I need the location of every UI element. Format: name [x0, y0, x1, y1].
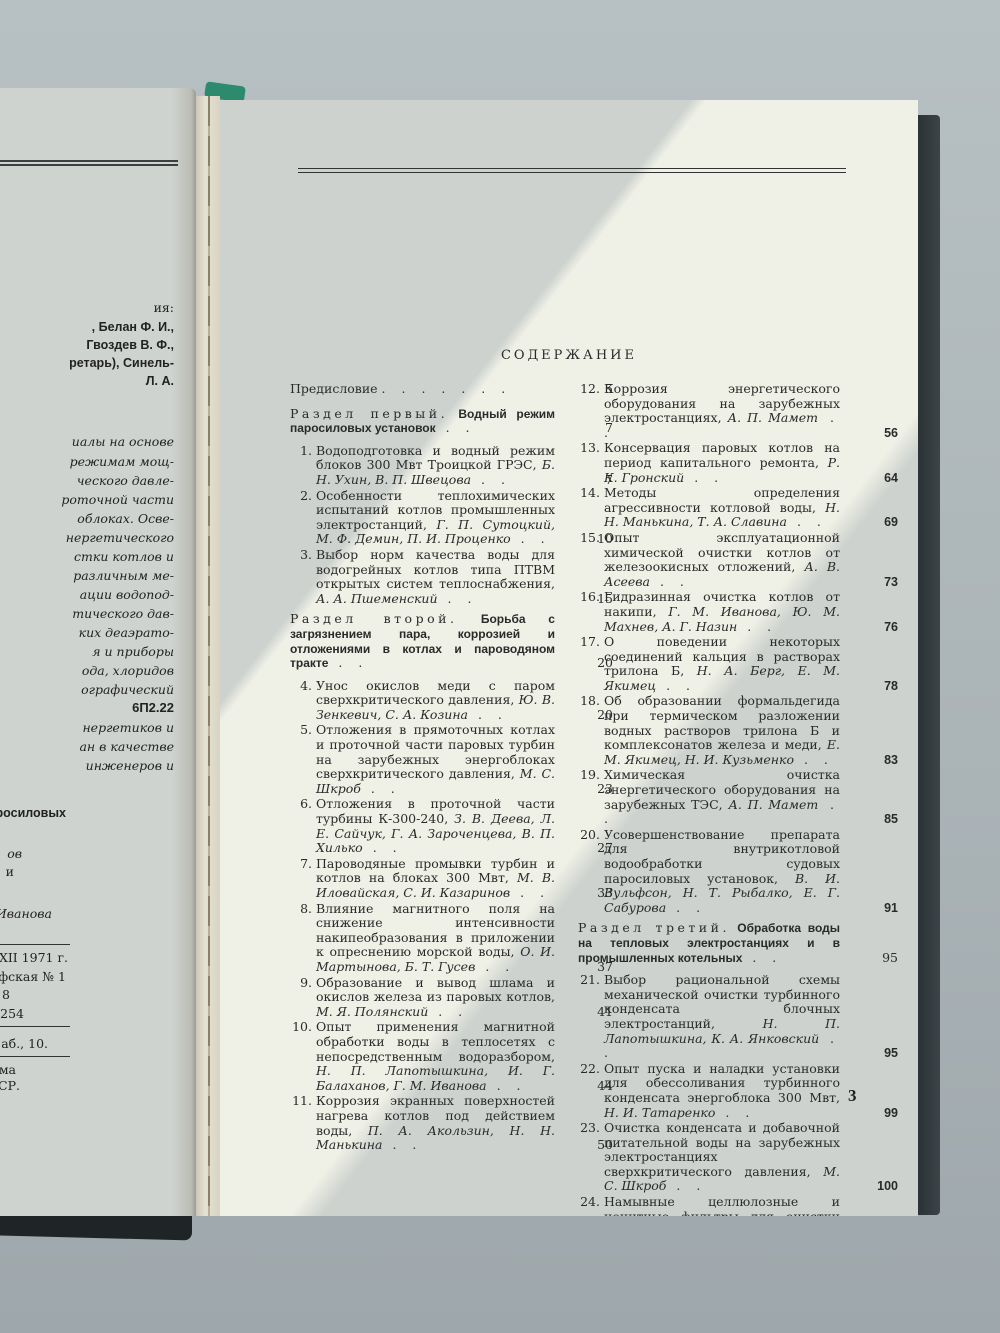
imprint-line: ов	[7, 846, 22, 861]
section-label: Раздел второй.	[290, 611, 457, 626]
page-number: 85	[864, 812, 898, 827]
toc-section[interactable]: Раздел третий. Обработка воды на тепловы…	[578, 921, 840, 965]
entry-authors: П. А. Акользин, Н. Н. Манькина	[316, 1123, 555, 1153]
entry-number: 20.	[578, 828, 600, 843]
toc-entry[interactable]: 6.Отложения в проточной части турбины К-…	[290, 797, 555, 855]
toc-entry[interactable]: 24.Намывные целлюлозные и ионитные фильт…	[578, 1195, 840, 1216]
page-number: 56	[864, 426, 898, 441]
page-number: 69	[864, 515, 898, 530]
entry-number: 14.	[578, 486, 600, 501]
left-page-line: инженеров и	[86, 758, 174, 773]
imprint-line: Иванова	[0, 906, 52, 921]
footer-line: ома	[0, 1062, 16, 1077]
toc-entry[interactable]: 7.Пароводяные промывки турбин и котлов н…	[290, 857, 555, 901]
entry-title: Намывные целлюлозные и ионитные фильтры …	[604, 1194, 840, 1216]
entry-number: 12.	[578, 382, 600, 397]
toc-section[interactable]: Раздел второй. Борьба с загрязнением пар…	[290, 612, 555, 670]
imprint-divider	[0, 1056, 70, 1057]
toc-entry[interactable]: 1.Водоподготовка и водный режим блоков 3…	[290, 444, 555, 488]
left-page-line: ия:	[154, 300, 174, 315]
page-number: 91	[864, 901, 898, 916]
left-page: ия:, Белан Ф. И.,Гвоздев В. Ф.,ретарь), …	[0, 88, 196, 1216]
entry-number: 19.	[578, 768, 600, 783]
toc-entry[interactable]: 12.Коррозия энергетического оборудования…	[578, 382, 840, 440]
entry-number: 1.	[290, 444, 312, 459]
left-page-line: ан в качестве	[79, 739, 174, 754]
imprint-title: аросиловых	[0, 806, 66, 821]
entry-number: 4.	[290, 679, 312, 694]
toc-section[interactable]: Раздел первый. Водный режим паросиловых …	[290, 407, 555, 436]
left-page-line: ческого давле-	[77, 473, 174, 488]
leader-dots: . .	[666, 1178, 706, 1193]
entry-number: 13.	[578, 441, 600, 456]
leader-dots: . .	[328, 655, 368, 670]
entry-number: 16.	[578, 590, 600, 605]
entry-number: 17.	[578, 635, 600, 650]
entry-number: 21.	[578, 973, 600, 988]
imprint-divider	[0, 944, 70, 945]
entry-title: Очистка конденсата и добавочной питатель…	[604, 1120, 840, 1179]
left-page-line: стки котлов и	[74, 549, 174, 564]
entry-authors: А. П. Мамет	[728, 410, 818, 425]
leader-dots: . .	[428, 1004, 468, 1019]
leader-dots: . .	[787, 514, 827, 529]
page-number: 76	[864, 620, 898, 635]
leader-dots: . .	[383, 1137, 423, 1152]
page-number: 78	[864, 679, 898, 694]
entry-number: 3.	[290, 548, 312, 563]
leader-dots: . . . . . . .	[382, 381, 512, 396]
leader-dots: . .	[742, 950, 782, 965]
entry-number: 24.	[578, 1195, 600, 1210]
toc-entry[interactable]: 11.Коррозия экранных поверхностей нагрев…	[290, 1094, 555, 1152]
leader-dots: . .	[487, 1078, 527, 1093]
leader-dots: . .	[666, 900, 706, 915]
book-cover-right-edge	[916, 115, 940, 1215]
entry-number: 9.	[290, 976, 312, 991]
left-page-line: нергетиков и	[82, 720, 174, 735]
leader-dots: . .	[363, 840, 403, 855]
section-label: Раздел третий.	[578, 920, 730, 935]
print-info: 8	[2, 987, 10, 1002]
left-page-line: я и приборы	[92, 644, 174, 659]
left-page-line: ких деаэрато-	[79, 625, 174, 640]
left-page-line: различным ме-	[73, 568, 174, 583]
entry-authors: М. Я. Полянский	[316, 1004, 428, 1019]
classification-code: 6П2.22	[132, 700, 174, 715]
page-number: 100	[864, 1179, 898, 1194]
leader-dots: . .	[650, 574, 690, 589]
page-number: 73	[864, 575, 898, 590]
left-page-line: ода, хлоридов	[82, 663, 174, 678]
leader-dots: . .	[361, 781, 401, 796]
print-info: XII 1971 г.	[0, 950, 68, 965]
left-page-line: режимам мощ-	[70, 454, 174, 469]
leader-dots: . .	[737, 619, 777, 634]
toc-entry[interactable]: 9.Образование и вывод шлама и окислов же…	[290, 976, 555, 1020]
page-folio: 3	[848, 1086, 857, 1106]
book-spine	[196, 96, 220, 1216]
entry-authors: А. А. Пшеменский	[316, 591, 438, 606]
toc-entry[interactable]: 10.Опыт применения магнитной обработки в…	[290, 1020, 555, 1093]
page-number: 83	[864, 753, 898, 768]
toc-entry[interactable]: 20.Усовершенствование препарата для внут…	[578, 828, 840, 916]
header-rule	[298, 168, 846, 173]
toc-entry[interactable]: 15.Опыт эксплуатационной химической очис…	[578, 531, 840, 589]
left-page-line: , Белан Ф. И.,	[92, 320, 174, 335]
entry-number: 7.	[290, 857, 312, 872]
imprint-line: и	[6, 864, 14, 879]
entry-title: Об образовании формальдегида при термиче…	[604, 693, 840, 752]
left-page-line: ографический	[81, 682, 174, 697]
leader-dots: . .	[471, 472, 511, 487]
toc-entry[interactable]: 22.Опыт пуска и наладки установки для об…	[578, 1062, 840, 1120]
toc-entry[interactable]: 19.Химическая очистка энергетического об…	[578, 768, 840, 826]
toc-column-right: 12.Коррозия энергетического оборудования…	[578, 382, 840, 1216]
leader-dots: . .	[715, 1105, 755, 1120]
entry-number: 6.	[290, 797, 312, 812]
entry-title: Опыт пуска и наладки установки для обесс…	[604, 1061, 840, 1105]
toc-entry[interactable]: 14.Методы определения агрессивности котл…	[578, 486, 840, 530]
preface-title: Предисловие	[290, 381, 378, 396]
entry-authors: А. П. Мамет	[728, 797, 818, 812]
left-page-rule	[0, 160, 178, 166]
page-number: 95	[864, 951, 898, 966]
leader-dots: . .	[656, 678, 696, 693]
leader-dots: . .	[510, 885, 550, 900]
leader-dots: . .	[794, 752, 834, 767]
entry-authors: Н. И. Татаренко	[604, 1105, 715, 1120]
toc-entry[interactable]: 21.Выбор рациональной схемы механической…	[578, 973, 840, 1061]
left-page-line: Гвоздев В. Ф.,	[86, 338, 174, 353]
entry-number: 15.	[578, 531, 600, 546]
toc-entry[interactable]: 16.Гидразинная очистка котлов от накипи,…	[578, 590, 840, 634]
leader-dots: . .	[475, 959, 515, 974]
toc-entry[interactable]: 4.Унос окислов меди с паром сверхкритиче…	[290, 679, 555, 723]
print-info: 254	[0, 1006, 24, 1021]
entry-title: Методы определения агрессивности котлово…	[604, 485, 840, 515]
page-number: 95	[864, 1046, 898, 1061]
entry-title: Консервация паровых котлов на период кап…	[604, 440, 840, 470]
left-page-line: Л. А.	[146, 374, 174, 389]
left-page-line: тического дав-	[72, 606, 174, 621]
toc-entry[interactable]: 5.Отложения в прямоточных котлах и прото…	[290, 723, 555, 796]
entry-number: 10.	[290, 1020, 312, 1035]
binding-thread	[208, 96, 210, 1216]
left-page-line: иалы на основе	[72, 434, 174, 449]
toc-entry[interactable]: 23.Очистка конденсата и добавочной питат…	[578, 1121, 840, 1194]
footer-line: ССР.	[0, 1078, 20, 1093]
publisher-address: аб., 10.	[1, 1036, 48, 1051]
left-page-line: ации водопод-	[80, 587, 174, 602]
toc-entry[interactable]: 13.Консервация паровых котлов на период …	[578, 441, 840, 485]
leader-dots: . .	[468, 707, 508, 722]
left-page-line: роточной части	[61, 492, 174, 507]
page-number: 99	[864, 1106, 898, 1121]
print-info: фская № 1	[0, 969, 66, 984]
entry-number: 2.	[290, 489, 312, 504]
entry-number: 23.	[578, 1121, 600, 1136]
section-label: Раздел первый.	[290, 406, 448, 421]
toc-preface[interactable]: Предисловие . . . . . . . 5	[290, 382, 555, 397]
leader-dots: . .	[438, 591, 478, 606]
toc-title: СОДЕРЖАНИЕ	[220, 348, 918, 363]
toc-entry[interactable]: 18.Об образовании формальдегида при терм…	[578, 694, 840, 767]
entry-number: 22.	[578, 1062, 600, 1077]
entry-number: 5.	[290, 723, 312, 738]
leader-dots: . .	[684, 470, 724, 485]
entry-title: Образование и вывод шлама и окислов желе…	[316, 975, 555, 1005]
left-page-line: нергетического	[66, 530, 174, 545]
leader-dots: . .	[511, 531, 551, 546]
right-page: СОДЕРЖАНИЕ Предисловие . . . . . . . 5 Р…	[220, 100, 918, 1216]
imprint-divider	[0, 1026, 70, 1027]
left-page-line: облоках. Осве-	[77, 511, 174, 526]
left-page-line: ретарь), Синель-	[69, 356, 174, 371]
toc-entry[interactable]: 8.Влияние магнитного поля на снижение ин…	[290, 902, 555, 975]
entry-number: 8.	[290, 902, 312, 917]
toc-entry[interactable]: 2.Особенности теплохимических испытаний …	[290, 489, 555, 547]
page-number: 64	[864, 471, 898, 486]
toc-entry[interactable]: 3.Выбор норм качества воды для водогрейн…	[290, 548, 555, 606]
toc-entry[interactable]: 17.О поведении некоторых соединений каль…	[578, 635, 840, 693]
page-gutter-shadow	[172, 88, 196, 1216]
entry-number: 11.	[290, 1094, 312, 1109]
leader-dots: . .	[436, 420, 476, 435]
toc-column-left: Предисловие . . . . . . . 5 Раздел первы…	[290, 382, 555, 1154]
entry-number: 18.	[578, 694, 600, 709]
entry-title: Опыт применения магнитной обработки воды…	[316, 1019, 555, 1063]
entry-title: Водоподготовка и водный режим блоков 300…	[316, 443, 555, 473]
entry-title: Выбор норм качества воды для водогрейных…	[316, 547, 555, 591]
